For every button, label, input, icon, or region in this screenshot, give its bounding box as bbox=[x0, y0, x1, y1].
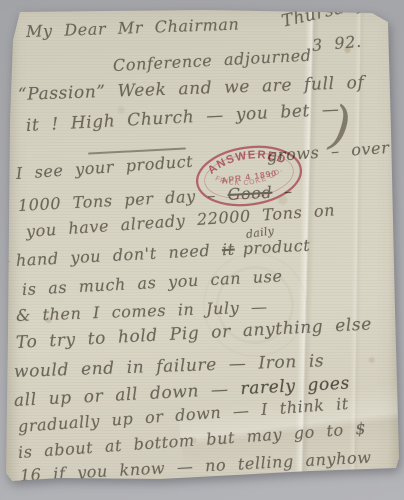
photo-background: My Dear Mr Chairman Thursday 3 92. Confe… bbox=[0, 0, 404, 500]
hw-line-dont-need: hand you don't need itdailyproduct bbox=[16, 236, 311, 270]
hw-line-high-church: it ! High Church — you bet — bbox=[25, 100, 340, 136]
hw-line-as-much: is as much as you can use bbox=[22, 266, 283, 299]
hw-date-day: Thursday bbox=[280, 0, 368, 32]
hw-text: hand you don't need bbox=[16, 241, 211, 270]
hw-line-conference: Conference adjourned bbox=[113, 46, 313, 75]
letter-paper: My Dear Mr Chairman Thursday 3 92. Confe… bbox=[0, 0, 404, 500]
hw-text: I see your product bbox=[15, 152, 194, 183]
hw-margin-mark: – bbox=[2, 224, 8, 238]
hw-insertion: dailyproduct bbox=[242, 236, 311, 259]
hw-date-number: 3 92. bbox=[311, 32, 362, 55]
hw-struck-word: it bbox=[221, 240, 235, 260]
hw-margin-mark: – bbox=[4, 254, 10, 268]
hw-line-salutation: My Dear Mr Chairman bbox=[26, 15, 240, 41]
